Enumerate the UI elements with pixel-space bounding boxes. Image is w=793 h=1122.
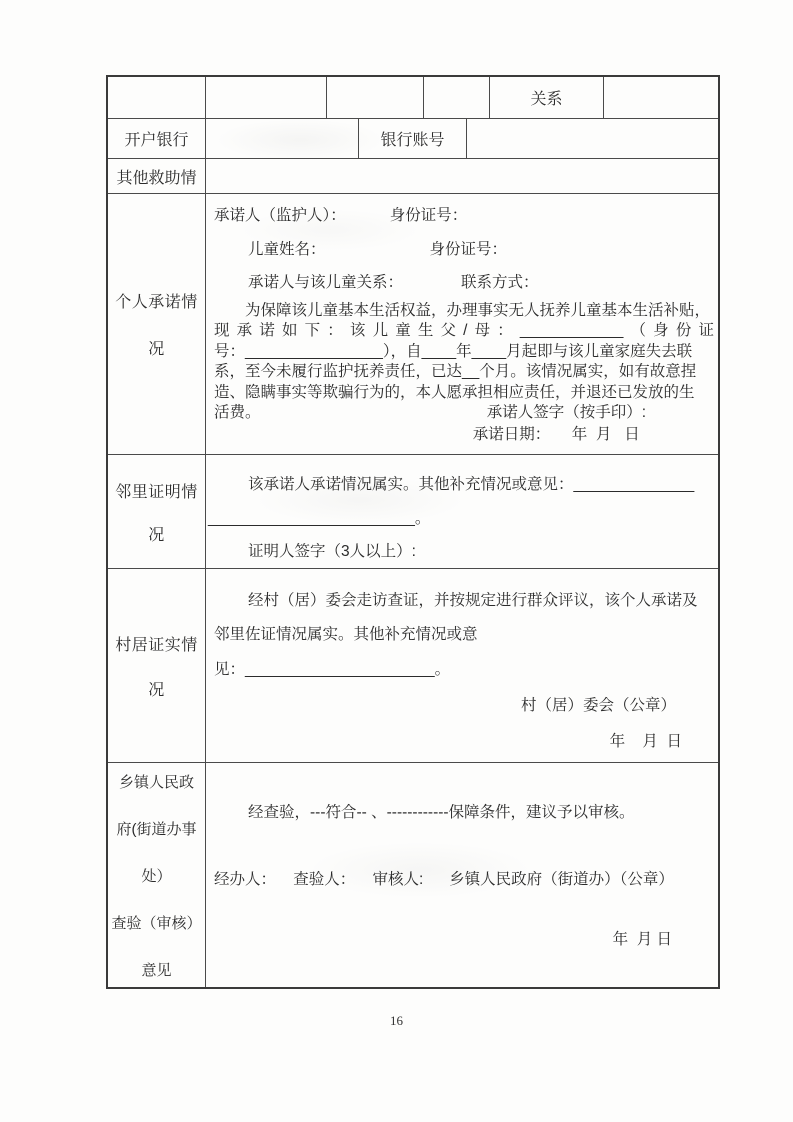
form-table: 关系 开户银行 银行账号 其他救助情 个人承诺情况 — [106, 75, 720, 989]
guardian-info-row: 关系 — [108, 77, 718, 118]
personal-commitment-label: 个人承诺情况 — [108, 194, 205, 454]
page-number: 16 — [0, 1013, 793, 1029]
other-aid-value-cell — [205, 159, 718, 193]
empty-cell — [205, 77, 326, 118]
personal-commitment-row: 个人承诺情况 承诺人（监护人）：身份证号： 儿童姓名：身份证号： 承诺人与该儿童… — [108, 193, 718, 454]
village-verification-row: 村居证实情况 经村（居）委会走访查证，并按规定进行群众评议，该个人承诺及 邻里佐… — [108, 568, 718, 762]
village-committee-seal-label: 村（居）委会（公章） — [214, 696, 710, 717]
empty-cell — [108, 77, 205, 118]
village-date-label: 年 月 日 — [214, 732, 710, 753]
neighbor-proof-row: 邻里证明情况 该承诺人承诺情况属实。其他补充情况或意见：____________… — [108, 454, 718, 568]
witness-signature-label: 证明人签字（3人以上）: — [248, 542, 710, 563]
empty-cell — [326, 77, 423, 118]
scanned-form-page: 关系 开户银行 银行账号 其他救助情 个人承诺情况 — [0, 0, 793, 1122]
village-statement-line3: 见：______________________。 — [214, 660, 710, 681]
township-review-row: 乡镇人民政府(街道办事处）查验（审核）意见 经查验，---符合-- 、-----… — [108, 762, 718, 987]
child-id-label: 身份证号： — [430, 241, 508, 258]
relationship-label-cell: 关系 — [489, 77, 603, 118]
guardian-name-label: 承诺人（监护人）： — [214, 207, 346, 224]
personal-commitment-content: 承诺人（监护人）：身份证号： 儿童姓名：身份证号： 承诺人与该儿童关系：联系方式… — [205, 194, 724, 454]
commitment-signature-label: 承诺人签字（按手印）: — [473, 402, 646, 424]
child-id-line: 儿童姓名：身份证号： — [248, 240, 714, 261]
account-value-cell — [466, 119, 718, 158]
bank-row: 开户银行 银行账号 — [108, 118, 718, 158]
other-aid-label: 其他救助情 — [116, 165, 196, 188]
relation-contact-line: 承诺人与该儿童关系：联系方式： — [248, 273, 714, 294]
village-statement-line1: 经村（居）委会走访查证，并按规定进行群众评议，该个人承诺及 — [248, 591, 710, 612]
neighbor-proof-content: 该承诺人承诺情况属实。其他补充情况或意见：______________ ____… — [205, 455, 718, 568]
village-verification-content: 经村（居）委会走访查证，并按规定进行群众评议，该个人承诺及 邻里佐证情况属实。其… — [205, 569, 718, 762]
township-review-content: 经查验，---符合-- 、------------保障条件，建议予以审核。 经办… — [205, 763, 718, 987]
bank-label: 开户银行 — [124, 127, 188, 150]
neighbor-statement-continuation: ________________________。 — [208, 509, 710, 530]
account-label-cell: 银行账号 — [358, 119, 466, 158]
commitment-date-label: 承诺日期： 年 月 日 — [473, 424, 646, 446]
relationship-value-cell — [603, 77, 718, 118]
bank-label-cell: 开户银行 — [108, 119, 205, 158]
guardian-id-label: 身份证号： — [390, 207, 468, 224]
other-aid-label-cell: 其他救助情 — [108, 159, 205, 193]
village-statement-line2: 邻里佐证情况属实。其他补充情况或意 — [214, 625, 710, 646]
empty-cell — [423, 77, 489, 118]
township-review-label: 乡镇人民政府(街道办事处）查验（审核）意见 — [108, 763, 205, 987]
neighbor-statement-line: 该承诺人承诺情况属实。其他补充情况或意见：______________ — [248, 475, 710, 496]
contact-label: 联系方式： — [461, 274, 539, 291]
neighbor-proof-label: 邻里证明情况 — [108, 455, 205, 568]
bank-value-cell — [205, 119, 358, 158]
relation-label: 承诺人与该儿童关系： — [248, 274, 403, 291]
relationship-label: 关系 — [530, 86, 562, 109]
village-verification-label: 村居证实情况 — [108, 569, 205, 762]
commitment-signature-block: 承诺人签字（按手印）: 承诺日期： 年 月 日 — [473, 402, 646, 446]
child-name-label: 儿童姓名： — [248, 241, 326, 258]
other-aid-row: 其他救助情 — [108, 158, 718, 193]
review-conclusion-line: 经查验，---符合-- 、------------保障条件，建议予以审核。 — [248, 803, 710, 824]
review-officers-line: 经办人： 查验人： 审核人: 乡镇人民政府（街道办）（公章） — [214, 870, 710, 891]
account-label: 银行账号 — [380, 127, 444, 150]
township-date-label: 年 月 日 — [214, 930, 710, 951]
guardian-id-line: 承诺人（监护人）：身份证号： — [214, 206, 714, 227]
